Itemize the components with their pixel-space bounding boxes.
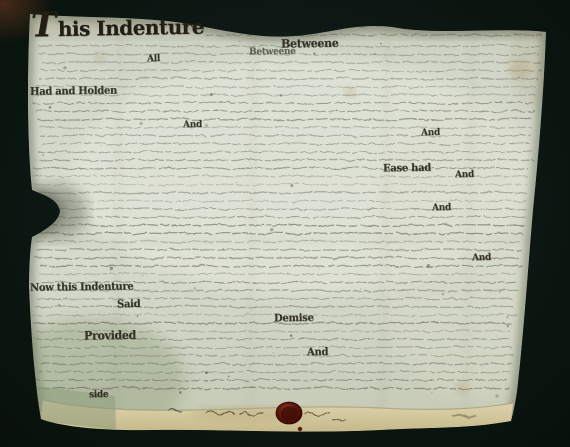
keyword-and-2: And bbox=[421, 128, 440, 139]
keyword-said: Said bbox=[117, 299, 140, 311]
keyword-and-5: And bbox=[472, 253, 491, 264]
keyword-demise: Demise bbox=[274, 312, 314, 324]
keyword-and-4: And bbox=[432, 203, 451, 214]
keyword-and-3: And bbox=[455, 170, 474, 181]
keyword-had-and-holden: Had and Holden bbox=[30, 85, 117, 98]
keyword-all: All bbox=[147, 54, 160, 65]
photo-canvas bbox=[0, 0, 570, 447]
keyword-betweene-secondary: Betweene bbox=[249, 46, 296, 57]
parchment-photo: This Indenture Betweene Betweene All Had… bbox=[0, 0, 570, 447]
seal-tag-dot bbox=[298, 427, 302, 431]
keyword-now-this-indenture: Now this Indenture bbox=[30, 281, 134, 294]
keyword-and-6: And bbox=[307, 347, 328, 359]
keyword-ease-had: Ease had bbox=[383, 162, 431, 174]
keyword-side: side bbox=[89, 390, 108, 401]
document-heading: This Indenture bbox=[31, 7, 204, 44]
keyword-and-1: And bbox=[183, 120, 202, 131]
keyword-provided: Provided bbox=[84, 328, 136, 342]
